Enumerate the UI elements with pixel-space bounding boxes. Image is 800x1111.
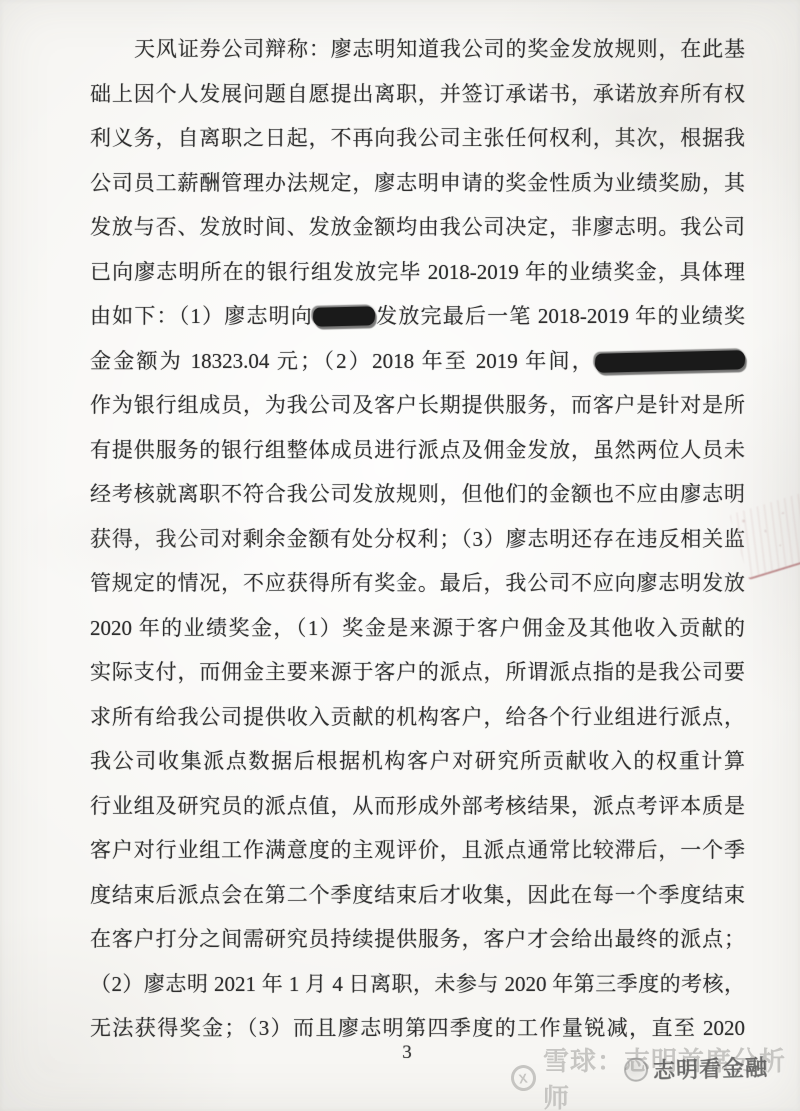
text-segment: 发放完最后一笔 2018-2019 年的业绩奖 bbox=[375, 304, 745, 328]
document-lines: 天风证券公司辩称：廖志明知道我公司的奖金发放规则，在此基础上因个人发展问题自愿提… bbox=[90, 27, 745, 1051]
text-segment: （2）廖志明 2021 年 1 月 4 日离职，未参与 2020 年第三季度的考… bbox=[90, 972, 745, 996]
text-line: 管规定的情况，不应获得所有奖金。最后，我公司不应向廖志明发放 bbox=[90, 561, 745, 606]
scanned-document-page: 天风证券公司辩称：廖志明知道我公司的奖金发放规则，在此基础上因个人发展问题自愿提… bbox=[0, 0, 800, 1111]
text-line: 实际支付，而佣金主要来源于客户的派点，所谓派点指的是我公司要 bbox=[90, 650, 745, 695]
text-line: 客户对行业组工作满意度的主观评价，且派点通常比较滞后，一个季 bbox=[90, 828, 745, 873]
text-line: 度结束后派点会在第二个季度结束后才收集，因此在每一个季度结束 bbox=[90, 873, 745, 918]
text-segment: 求所有给我公司提供收入贡献的机构客户，给各个行业组进行派点， bbox=[90, 705, 745, 729]
text-line: 在客户打分之间需研究员持续提供服务，客户才会给出最终的派点； bbox=[90, 917, 745, 962]
text-segment: 金金额为 18323.04 元；（2）2018 年至 2019 年间， bbox=[90, 349, 595, 373]
text-line: 发放与否、发放时间、发放金额均由我公司决定，非廖志明。我公司 bbox=[90, 205, 745, 250]
text-segment: 管规定的情况，不应获得所有奖金。最后，我公司不应向廖志明发放 bbox=[90, 571, 745, 595]
redaction-scribble bbox=[312, 306, 376, 327]
text-segment: 客户对行业组工作满意度的主观评价，且派点通常比较滞后，一个季 bbox=[90, 838, 745, 862]
text-line: 础上因个人发展问题自愿提出离职，并签订承诺书，承诺放弃所有权 bbox=[90, 72, 745, 117]
text-segment: 由如下：（1）廖志明向 bbox=[90, 304, 313, 328]
text-segment: 获得，我公司对剩余金额有处分权利；（3）廖志明还存在违反相关监 bbox=[90, 527, 745, 551]
text-line: 我公司收集派点数据后根据机构客户对研究所贡献收入的权重计算 bbox=[90, 739, 745, 784]
text-line: 2020 年的业绩奖金，（1）奖金是来源于客户佣金及其他收入贡献的 bbox=[90, 606, 745, 651]
text-segment: 天风证券公司辩称：廖志明知道我公司的奖金发放规则，在此基 bbox=[134, 37, 745, 61]
text-line: 由如下：（1）廖志明向发放完最后一笔 2018-2019 年的业绩奖 bbox=[90, 294, 745, 339]
text-segment: 利义务，自离职之日起，不再向我公司主张任何权利，其次，根据我 bbox=[90, 126, 745, 150]
text-line: 天风证券公司辩称：廖志明知道我公司的奖金发放规则，在此基 bbox=[90, 27, 745, 72]
zhiming-watermark: 志明看金融 bbox=[624, 1049, 769, 1087]
text-segment: 有提供服务的银行组整体成员进行派点及佣金发放，虽然两位人员未 bbox=[90, 438, 745, 462]
text-segment: 2020 年的业绩奖金，（1）奖金是来源于客户佣金及其他收入贡献的 bbox=[90, 616, 745, 640]
text-line: 利义务，自离职之日起，不再向我公司主张任何权利，其次，根据我 bbox=[90, 116, 745, 161]
red-seal-fragment bbox=[742, 455, 800, 635]
text-segment: 经考核就离职不符合我公司发放规则，但他们的金额也不应由廖志明 bbox=[90, 482, 745, 506]
text-segment: 础上因个人发展问题自愿提出离职，并签订承诺书，承诺放弃所有权 bbox=[90, 82, 745, 106]
text-line: 求所有给我公司提供收入贡献的机构客户，给各个行业组进行派点， bbox=[90, 695, 745, 740]
text-segment: 我公司收集派点数据后根据机构客户对研究所贡献收入的权重计算 bbox=[90, 749, 745, 773]
text-segment: 公司员工薪酬管理办法规定，廖志明申请的奖金性质为业绩奖励，其 bbox=[90, 171, 745, 195]
text-line: 有提供服务的银行组整体成员进行派点及佣金发放，虽然两位人员未 bbox=[90, 428, 745, 473]
text-line: 已向廖志明所在的银行组发放完毕 2018-2019 年的业绩奖金，具体理 bbox=[90, 250, 745, 295]
text-segment: 作为银行组成员，为我公司及客户长期提供服务，而客户是针对是所 bbox=[90, 393, 745, 417]
text-segment: 行业组及研究员的派点值，从而形成外部考核结果，派点考评本质是 bbox=[90, 794, 745, 818]
text-line: 行业组及研究员的派点值，从而形成外部考核结果，派点考评本质是 bbox=[90, 784, 745, 829]
text-line: 金金额为 18323.04 元；（2）2018 年至 2019 年间， bbox=[90, 339, 745, 384]
text-segment: 无法获得奖金；（3）而且廖志明第四季度的工作量锐减，直至 2020 bbox=[90, 1016, 745, 1040]
xueqiu-snowball-icon: X bbox=[509, 1063, 537, 1092]
text-segment: 已向廖志明所在的银行组发放完毕 2018-2019 年的业绩奖金，具体理 bbox=[90, 260, 745, 284]
text-segment: 在客户打分之间需研究员持续提供服务，客户才会给出最终的派点； bbox=[90, 927, 745, 951]
text-line: 公司员工薪酬管理办法规定，廖志明申请的奖金性质为业绩奖励，其 bbox=[90, 161, 745, 206]
zhiming-watermark-label: 志明看金融 bbox=[653, 1050, 769, 1084]
round-badge-icon bbox=[624, 1057, 649, 1082]
text-line: 获得，我公司对剩余金额有处分权利；（3）廖志明还存在违反相关监 bbox=[90, 517, 745, 562]
text-line: 作为银行组成员，为我公司及客户长期提供服务，而客户是针对是所 bbox=[90, 383, 745, 428]
text-segment: 发放与否、发放时间、发放金额均由我公司决定，非廖志明。我公司 bbox=[90, 215, 745, 239]
redaction-scribble bbox=[594, 350, 745, 373]
text-line: 经考核就离职不符合我公司发放规则，但他们的金额也不应由廖志明 bbox=[90, 472, 745, 517]
text-line: （2）廖志明 2021 年 1 月 4 日离职，未参与 2020 年第三季度的考… bbox=[90, 962, 745, 1007]
text-segment: 实际支付，而佣金主要来源于客户的派点，所谓派点指的是我公司要 bbox=[90, 660, 745, 684]
text-segment: 度结束后派点会在第二个季度结束后才收集，因此在每一个季度结束 bbox=[90, 883, 745, 907]
